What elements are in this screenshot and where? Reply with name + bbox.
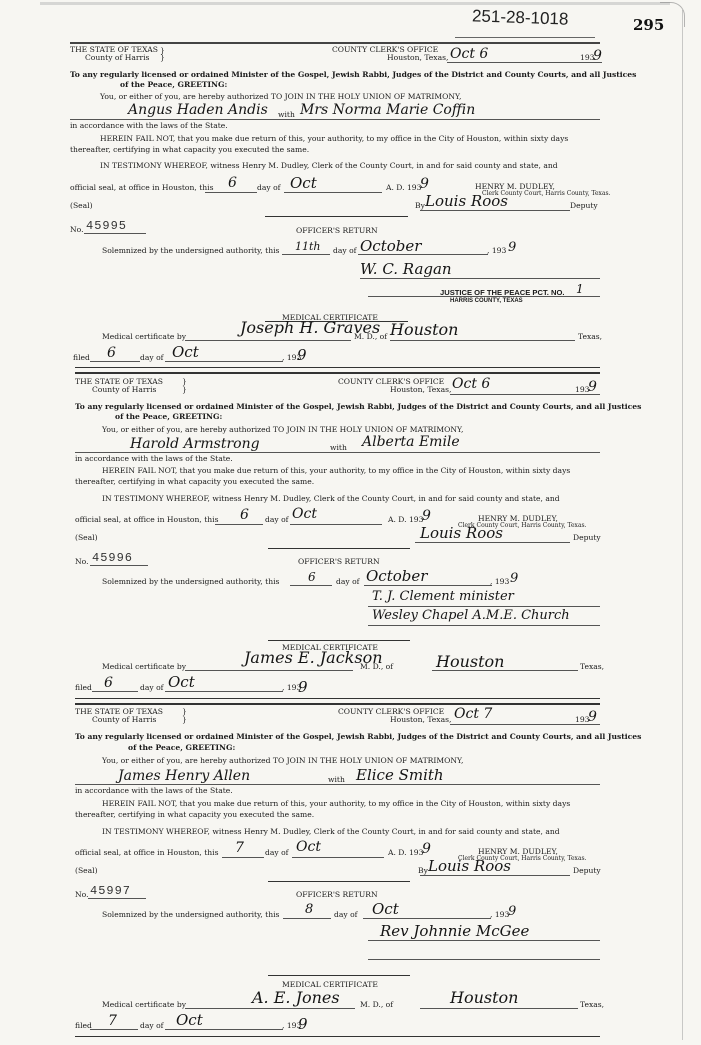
testimony-text: IN TESTIMONY WHEREOF, witness Henry M. D… [102, 494, 560, 503]
authorized-text: You, or either of you, are hereby author… [102, 425, 463, 434]
deputy-label: Deputy [573, 533, 601, 542]
page-edge-top [40, 2, 670, 5]
brace: } [160, 53, 165, 62]
filed-year-digit: 9 [298, 1015, 308, 1033]
houston-label: Houston, Texas, [390, 715, 451, 724]
file-number: 251-28-1018 [472, 6, 569, 29]
solemnized-month: Oct [372, 900, 399, 918]
officers-return-heading: OFFICER'S RETURN [296, 890, 378, 899]
fail-not-text: HEREIN FAIL NOT, that you make due retur… [102, 466, 570, 475]
brace: } [182, 385, 187, 394]
fail-not-text-2: thereafter, certifying in what capacity … [75, 477, 314, 486]
greeting-text-2: of the Peace, GREETING: [128, 743, 235, 752]
day-of-label: day of [265, 848, 288, 857]
officers-return-heading: OFFICER'S RETURN [298, 557, 380, 566]
authorized-text: You, or either of you, are hereby author… [102, 756, 463, 765]
officers-return-heading: OFFICER'S RETURN [296, 226, 378, 235]
greeting-text: To any regularly licensed or ordained Mi… [75, 732, 641, 741]
texas-label: Texas, [578, 332, 602, 341]
houston-label: Houston, Texas, [390, 385, 451, 394]
officiant-signature: Rev Johnnie McGee [380, 922, 529, 940]
bride-name: Mrs Norma Marie Coffin [300, 102, 475, 118]
official-seal-text: official seal, at office in Houston, thi… [75, 515, 219, 524]
bride-name: Elice Smith [356, 766, 444, 784]
ad-label: A. D. 193 [386, 183, 421, 192]
day-of-label: day of [336, 577, 359, 586]
ad-year-digit: 9 [422, 508, 431, 524]
jp-county: HARRIS COUNTY, TEXAS [450, 298, 523, 304]
physician-city: Houston [390, 320, 458, 339]
testimony-text: IN TESTIMONY WHEREOF, witness Henry M. D… [100, 161, 558, 170]
solemnized-day: 11th [295, 240, 321, 253]
deputy-signature: Louis Roos [425, 192, 508, 210]
no-label: No. [75, 890, 89, 899]
fail-not-text-2: thereafter, certifying in what capacity … [70, 145, 309, 154]
no-label: No. [70, 225, 84, 234]
filed-label: filed [75, 683, 92, 692]
md-of-label: M. D., of [360, 1000, 393, 1009]
brace: } [182, 715, 187, 724]
testimony-day: 6 [240, 507, 249, 523]
solemnized-text: Solemnized by the undersigned authority,… [102, 246, 279, 255]
year-label: , 193 [490, 577, 509, 586]
jp-precinct: 1 [576, 282, 584, 296]
license-number: 45995 [86, 219, 127, 233]
medical-by-label: Medical certificate by [102, 662, 186, 671]
filed-day: 7 [108, 1013, 117, 1029]
day-of-label: day of [140, 353, 163, 362]
houston-label: Houston, Texas, [387, 53, 448, 62]
filed-label: filed [73, 353, 90, 362]
day-of-label: day of [257, 183, 280, 192]
filed-month: Oct [176, 1011, 203, 1029]
year-digit: 9 [588, 709, 597, 725]
license-number: 45996 [92, 551, 133, 565]
seal-label: (Seal) [70, 201, 93, 210]
physician-city: Houston [436, 652, 504, 671]
deputy-signature: Louis Roos [428, 857, 511, 875]
deputy-label: Deputy [573, 866, 601, 875]
testimony-month: Oct [292, 506, 317, 522]
greeting-text-2: of the Peace, GREETING: [115, 412, 222, 421]
seal-label: (Seal) [75, 866, 98, 875]
year-label: , 193 [487, 246, 506, 255]
ad-year-digit: 9 [420, 176, 429, 192]
filed-day: 6 [107, 345, 116, 361]
fail-not-text: HEREIN FAIL NOT, that you make due retur… [102, 799, 570, 808]
solemnized-day: 8 [305, 902, 313, 917]
greeting-text: To any regularly licensed or ordained Mi… [70, 70, 636, 79]
md-of-label: M. D., of [360, 662, 393, 671]
with-label: with [330, 443, 347, 452]
testimony-text: IN TESTIMONY WHEREOF, witness Henry M. D… [102, 827, 560, 836]
solemnized-text: Solemnized by the undersigned authority,… [102, 910, 279, 919]
day-of-label: day of [334, 910, 357, 919]
greeting-text: To any regularly licensed or ordained Mi… [75, 402, 641, 411]
deputy-signature: Louis Roos [420, 524, 503, 542]
medical-by-label: Medical certificate by [102, 1000, 186, 1009]
year-digit: 9 [588, 379, 597, 395]
greeting-text-2: of the Peace, GREETING: [120, 80, 227, 89]
seal-label: (Seal) [75, 533, 98, 542]
with-label: with [278, 110, 295, 119]
issue-date: Oct 6 [452, 376, 490, 392]
by-label: By [418, 866, 428, 875]
year-digit: 9 [593, 48, 602, 64]
solemnized-month: October [360, 237, 421, 255]
ad-year-digit: 9 [422, 841, 431, 857]
groom-name: Harold Armstrong [130, 436, 260, 452]
solemnized-month: October [366, 567, 427, 585]
authorized-text: You, or either of you, are hereby author… [100, 92, 461, 101]
page-edge-right [682, 10, 683, 1040]
officiant-church: Wesley Chapel A.M.E. Church [372, 608, 570, 623]
texas-label: Texas, [580, 662, 604, 671]
testimony-day: 6 [228, 175, 237, 191]
physician-city: Houston [450, 988, 518, 1007]
filed-year-digit: 9 [297, 346, 307, 364]
day-of-label: day of [140, 1021, 163, 1030]
fail-not-text: HEREIN FAIL NOT, that you make due retur… [100, 134, 568, 143]
officiant-signature: T. J. Clement minister [372, 589, 514, 604]
officiant-signature: W. C. Ragan [360, 260, 452, 278]
solemnized-year-digit: 9 [508, 904, 516, 919]
bride-name: Alberta Emile [362, 434, 460, 450]
filed-month: Oct [172, 343, 199, 361]
solemnized-year-digit: 9 [508, 240, 516, 255]
official-seal-text: official seal, at office in Houston, thi… [70, 183, 214, 192]
medical-by-label: Medical certificate by [102, 332, 186, 341]
ad-label: A. D. 193 [388, 515, 423, 524]
accordance-text: in accordance with the laws of the State… [70, 121, 228, 130]
filed-year-digit: 9 [298, 678, 308, 696]
day-of-label: day of [265, 515, 288, 524]
issue-date: Oct 6 [450, 46, 488, 62]
county-label: County of Harris [85, 53, 149, 62]
filed-month: Oct [168, 673, 195, 691]
ad-label: A. D. 193 [388, 848, 423, 857]
county-label: County of Harris [92, 385, 156, 394]
accordance-text: in accordance with the laws of the State… [75, 786, 233, 795]
physician-name: A. E. Jones [252, 988, 340, 1007]
testimony-month: Oct [290, 174, 317, 192]
day-of-label: day of [140, 683, 163, 692]
fail-not-text-2: thereafter, certifying in what capacity … [75, 810, 314, 819]
official-seal-text: official seal, at office in Houston, thi… [75, 848, 219, 857]
testimony-day: 7 [235, 840, 244, 856]
county-label: County of Harris [92, 715, 156, 724]
with-label: with [328, 775, 345, 784]
groom-name: James Henry Allen [118, 768, 250, 784]
year-label: , 193 [490, 910, 509, 919]
accordance-text: in accordance with the laws of the State… [75, 454, 233, 463]
no-label: No. [75, 557, 89, 566]
issue-date: Oct 7 [454, 706, 492, 722]
deputy-label: Deputy [570, 201, 598, 210]
solemnized-day: 6 [308, 570, 316, 584]
texas-label: Texas, [580, 1000, 604, 1009]
license-number: 45997 [90, 884, 131, 898]
groom-name: Angus Haden Andis [128, 102, 268, 118]
solemnized-year-digit: 9 [510, 571, 518, 586]
md-of-label: M. D., of [354, 332, 387, 341]
page-number: 295 [633, 16, 664, 34]
day-of-label: day of [333, 246, 356, 255]
by-label: By [415, 201, 425, 210]
filed-day: 6 [104, 675, 113, 691]
testimony-month: Oct [296, 839, 321, 855]
marriage-record-page: 251-28-1018 295 THE STATE OF TEXAS Count… [0, 0, 701, 1045]
solemnized-text: Solemnized by the undersigned authority,… [102, 577, 279, 586]
